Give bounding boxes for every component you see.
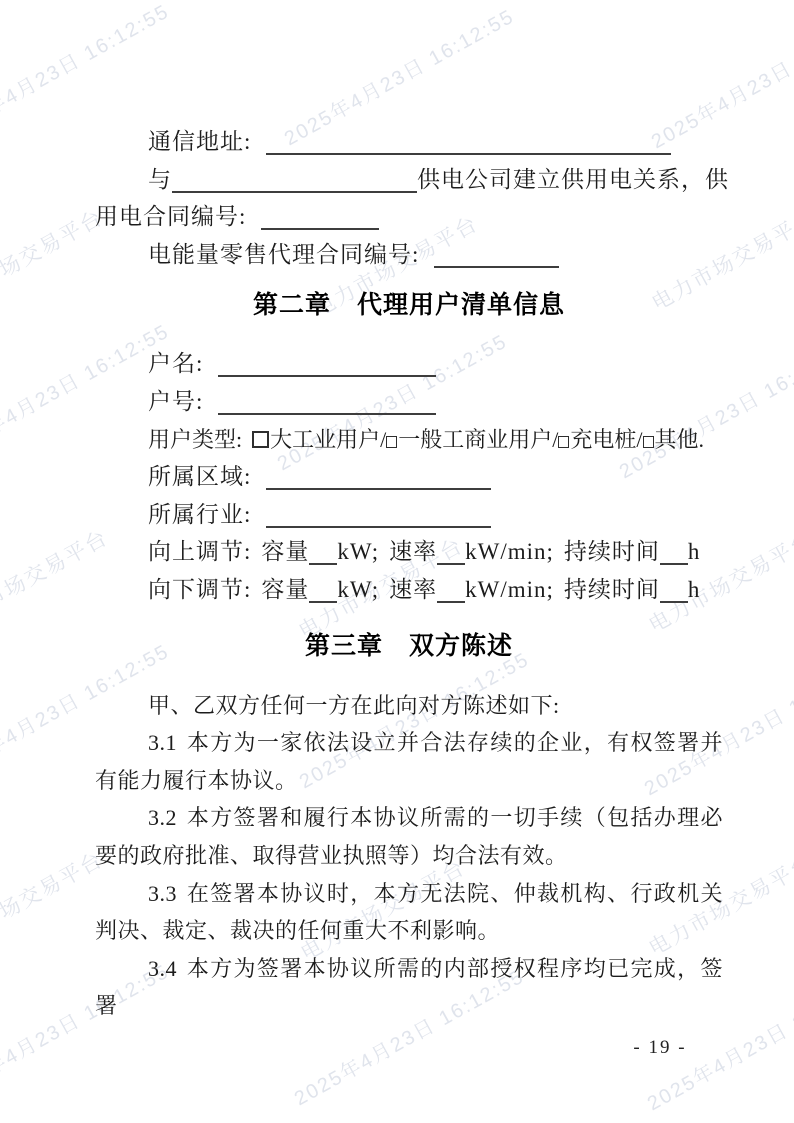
- clause-text: 本方为一家依法设立并合法存续的企业，有权签署并有能力履行本协议。: [95, 730, 723, 793]
- user-type-label: 用户类型:: [148, 427, 242, 452]
- duration-unit: h: [688, 539, 701, 564]
- field-line-address: 通信地址:: [95, 123, 723, 161]
- account-no-label: 户号:: [148, 389, 203, 414]
- supply-contract-no-blank: [261, 202, 379, 230]
- capacity-blank: [309, 537, 337, 565]
- user-type-option-label: 其他.: [655, 427, 705, 452]
- party-suffix-label: 供电公司建立供用电关系，供: [417, 167, 729, 192]
- field-line-regulation-up: 向上调节:容量kW;速率kW/min;持续时间h: [95, 533, 723, 571]
- user-type-option-label: 大工业用户: [270, 427, 380, 452]
- clause-number: 3.2: [148, 805, 177, 830]
- industry-blank: [266, 500, 491, 528]
- clause-number: 3.4: [148, 956, 177, 981]
- checkbox-icon: [386, 436, 397, 448]
- account-name-blank: [218, 349, 436, 377]
- field-line-regulation-down: 向下调节:容量kW;速率kW/min;持续时间h: [95, 571, 723, 609]
- field-line-account-no: 户号:: [95, 383, 723, 421]
- regulation-down-label: 向下调节:: [148, 577, 251, 602]
- region-blank: [266, 462, 491, 490]
- supply-contract-label: 用电合同编号:: [95, 204, 246, 229]
- checkbox-icon: [558, 436, 569, 448]
- field-line-retail-contract-no: 电能量零售代理合同编号:: [95, 236, 723, 274]
- clause-number: 3.1: [148, 730, 177, 755]
- rate-unit: kW/min;: [465, 539, 554, 564]
- checkbox-icon: [252, 431, 269, 448]
- region-label: 所属区域:: [148, 464, 251, 489]
- field-line-supply-contract-no: 用电合同编号:: [95, 198, 723, 236]
- duration-blank: [660, 575, 688, 603]
- clause-paragraph-3-3: 3.3在签署本协议时，本方无法院、仲裁机构、行政机关判决、裁定、裁决的任何重大不…: [95, 875, 723, 950]
- checkbox-icon: [643, 436, 654, 448]
- rate-label: 速率: [389, 539, 437, 564]
- field-line-account-name: 户名:: [95, 345, 723, 383]
- lead-sentence: 甲、乙双方任何一方在此向对方陈述如下:: [95, 687, 723, 725]
- field-line-region: 所属区域:: [95, 458, 723, 496]
- field-line-user-type: 用户类型:大工业用户/一般工商业用户/充电桩/其他.: [95, 421, 723, 459]
- clause-paragraph-3-2: 3.2本方签署和履行本协议所需的一切手续（包括办理必要的政府批准、取得营业执照等…: [95, 799, 723, 874]
- industry-label: 所属行业:: [148, 502, 251, 527]
- rate-blank: [437, 537, 465, 565]
- duration-label: 持续时间: [564, 539, 660, 564]
- user-type-options: 大工业用户/一般工商业用户/充电桩/其他.: [252, 427, 704, 452]
- chapter-2-title: 第二章 代理用户清单信息: [95, 285, 723, 325]
- account-name-label: 户名:: [148, 351, 203, 376]
- page-number: - 19 -: [600, 1037, 720, 1059]
- retail-contract-no-blank: [434, 240, 559, 268]
- document-page: 2025年4月23日 16:12:552025年4月23日 16:12:5520…: [0, 0, 794, 1123]
- account-no-blank: [218, 387, 436, 415]
- capacity-unit: kW;: [337, 539, 379, 564]
- clause-paragraph-3-4: 3.4本方为签署本协议所需的内部授权程序均已完成，签署: [95, 950, 723, 1025]
- address-blank: [266, 127, 671, 155]
- duration-unit: h: [688, 577, 701, 602]
- capacity-blank: [309, 575, 337, 603]
- duration-blank: [660, 537, 688, 565]
- rate-blank: [437, 575, 465, 603]
- watermark-platform-text: 电力市场交易平台: [0, 844, 108, 959]
- chapter-3-title: 第三章 双方陈述: [95, 626, 723, 666]
- clause-number: 3.3: [148, 881, 177, 906]
- clause-text: 本方为签署本协议所需的内部授权程序均已完成，签署: [95, 956, 723, 1019]
- retail-contract-label: 电能量零售代理合同编号:: [148, 242, 419, 267]
- field-line-party: 与供电公司建立供用电关系，供: [95, 161, 723, 199]
- capacity-unit: kW;: [337, 577, 379, 602]
- clause-text: 本方签署和履行本协议所需的一切手续（包括办理必要的政府批准、取得营业执照等）均合…: [95, 805, 723, 868]
- user-type-option-label: 充电桩: [570, 427, 636, 452]
- clause-paragraph-3-1: 3.1本方为一家依法设立并合法存续的企业，有权签署并有能力履行本协议。: [95, 724, 723, 799]
- address-label: 通信地址:: [148, 129, 251, 154]
- regulation-up-label: 向上调节:: [148, 539, 251, 564]
- user-type-option-label: 一般工商业用户: [398, 427, 552, 452]
- watermark-platform-text: 电力市场交易平台: [0, 202, 108, 317]
- rate-label: 速率: [389, 577, 437, 602]
- field-line-industry: 所属行业:: [95, 496, 723, 534]
- clause-text: 在签署本协议时，本方无法院、仲裁机构、行政机关判决、裁定、裁决的任何重大不利影响…: [95, 881, 723, 944]
- rate-unit: kW/min;: [465, 577, 554, 602]
- contract-body: 通信地址: 与供电公司建立供用电关系，供 用电合同编号: 电能量零售代理合同编号…: [95, 123, 723, 1025]
- party-name-blank: [172, 165, 417, 193]
- capacity-label: 容量: [261, 539, 309, 564]
- party-prefix-label: 与: [148, 167, 172, 192]
- capacity-label: 容量: [261, 577, 309, 602]
- duration-label: 持续时间: [564, 577, 660, 602]
